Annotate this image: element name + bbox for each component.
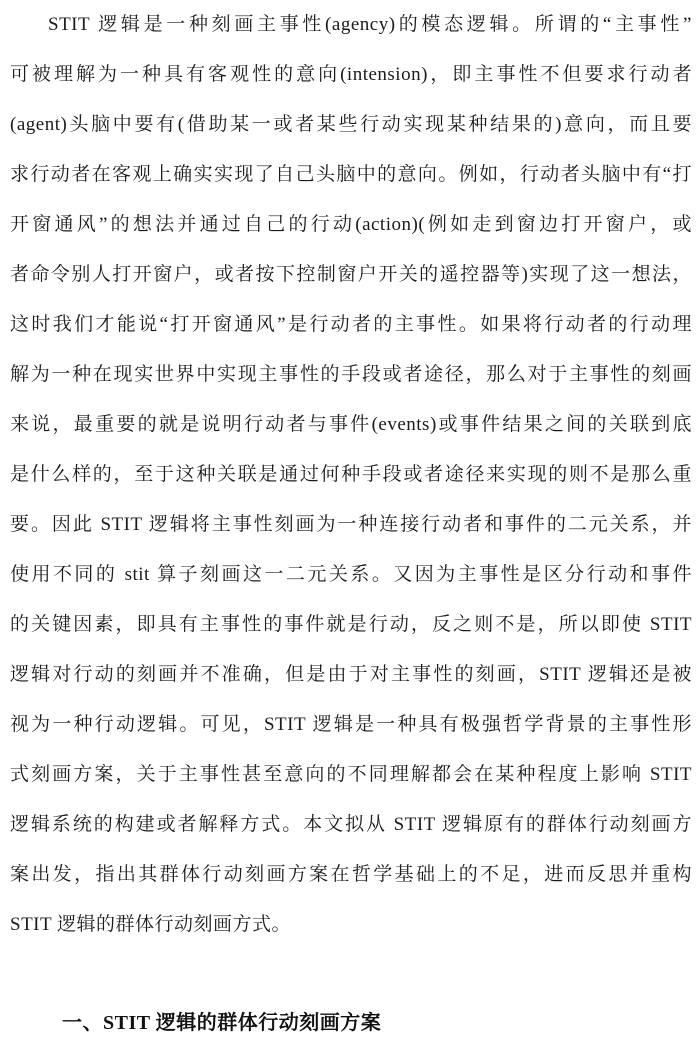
text-line: 求行动者在客观上确实实现了自己头脑中的意向。例如，行动者头脑中有“打 (10, 150, 692, 200)
text-line: 式刻画方案，关于主事性甚至意向的不同理解都会在某种程度上影响 STIT (10, 750, 692, 800)
text-line: STIT 逻辑是一种刻画主事性(agency)的模态逻辑。所谓的“主事性” (10, 0, 692, 50)
section-heading: 一、STIT 逻辑的群体行动刻画方案 (10, 998, 692, 1048)
text-line: 使用不同的 stit 算子刻画这一二元关系。又因为主事性是区分行动和事件 (10, 550, 692, 600)
text-line: 可被理解为一种具有客观性的意向(intension)，即主事性不但要求行动者 (10, 50, 692, 100)
text-line: 案出发，指出其群体行动刻画方案在哲学基础上的不足，进而反思并重构 (10, 850, 692, 900)
text-line: (agent)头脑中要有(借助某一或者某些行动实现某种结果的)意向，而且要 (10, 100, 692, 150)
text-line: STIT 逻辑的群体行动刻画方式。 (10, 900, 692, 950)
text-line: 这时我们才能说“打开窗通风”是行动者的主事性。如果将行动者的行动理 (10, 300, 692, 350)
text-line: 是什么样的，至于这种关联是通过何种手段或者途径来实现的则不是那么重 (10, 450, 692, 500)
text-line: 逻辑系统的构建或者解释方式。本文拟从 STIT 逻辑原有的群体行动刻画方 (10, 800, 692, 850)
text-line: 要。因此 STIT 逻辑将主事性刻画为一种连接行动者和事件的二元关系，并 (10, 500, 692, 550)
document-page: STIT 逻辑是一种刻画主事性(agency)的模态逻辑。所谓的“主事性” 可被… (0, 0, 700, 1056)
body-paragraph: STIT 逻辑是一种刻画主事性(agency)的模态逻辑。所谓的“主事性” 可被… (10, 0, 692, 950)
text-line: 逻辑对行动的刻画并不准确，但是由于对主事性的刻画，STIT 逻辑还是被 (10, 650, 692, 700)
text-line: 来说，最重要的就是说明行动者与事件(events)或事件结果之间的关联到底 (10, 400, 692, 450)
text-line: 解为一种在现实世界中实现主事性的手段或者途径，那么对于主事性的刻画 (10, 350, 692, 400)
text-line: 者命令别人打开窗户，或者按下控制窗户开关的遥控器等)实现了这一想法， (10, 250, 692, 300)
text-line: 开窗通风”的想法并通过自己的行动(action)(例如走到窗边打开窗户，或 (10, 200, 692, 250)
text-line: 视为一种行动逻辑。可见，STIT 逻辑是一种具有极强哲学背景的主事性形 (10, 700, 692, 750)
text-line: 的关键因素，即具有主事性的事件就是行动，反之则不是，所以即使 STIT (10, 600, 692, 650)
